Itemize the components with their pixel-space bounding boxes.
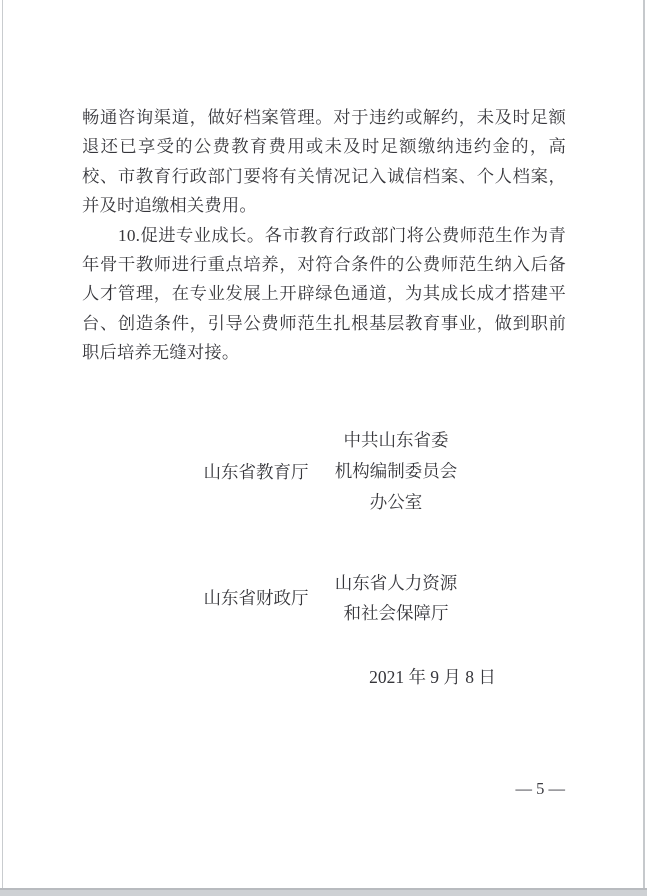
signature-finance-department: 山东省财政厅 (181, 587, 331, 609)
scanned-document-page: 畅通咨询渠道，做好档案管理。对于违约或解约，未及时足额退还已享受的公费教育费用或… (0, 0, 647, 896)
signature-party-committee-office: 中共山东省委 机构编制委员会 办公室 (320, 425, 472, 518)
document-body: 畅通咨询渠道，做好档案管理。对于违约或解约，未及时足额退还已享受的公费教育费用或… (82, 103, 566, 368)
page-number: — 5 — (516, 779, 566, 799)
signature-line: 山东省人力资源 (320, 568, 472, 598)
signature-line: 中共山东省委 (320, 425, 472, 456)
signature-line: 机构编制委员会 (320, 456, 472, 487)
paragraph-archive-management: 畅通咨询渠道，做好档案管理。对于违约或解约，未及时足额退还已享受的公费教育费用或… (82, 103, 566, 221)
scan-edge-left (2, 0, 3, 896)
signature-line: 办公室 (320, 487, 472, 518)
paragraph-professional-growth: 10.促进专业成长。各市教育行政部门将公费师范生作为青年骨干教师进行重点培养，对… (82, 221, 566, 368)
signature-education-department: 山东省教育厅 (181, 461, 331, 483)
signature-human-resources-department: 山东省人力资源 和社会保障厅 (320, 568, 472, 628)
document-date: 2021 年 9 月 8 日 (360, 666, 505, 688)
scan-edge-bottom (0, 888, 647, 896)
scan-edge-right (643, 0, 645, 896)
signature-line: 和社会保障厅 (320, 598, 472, 628)
